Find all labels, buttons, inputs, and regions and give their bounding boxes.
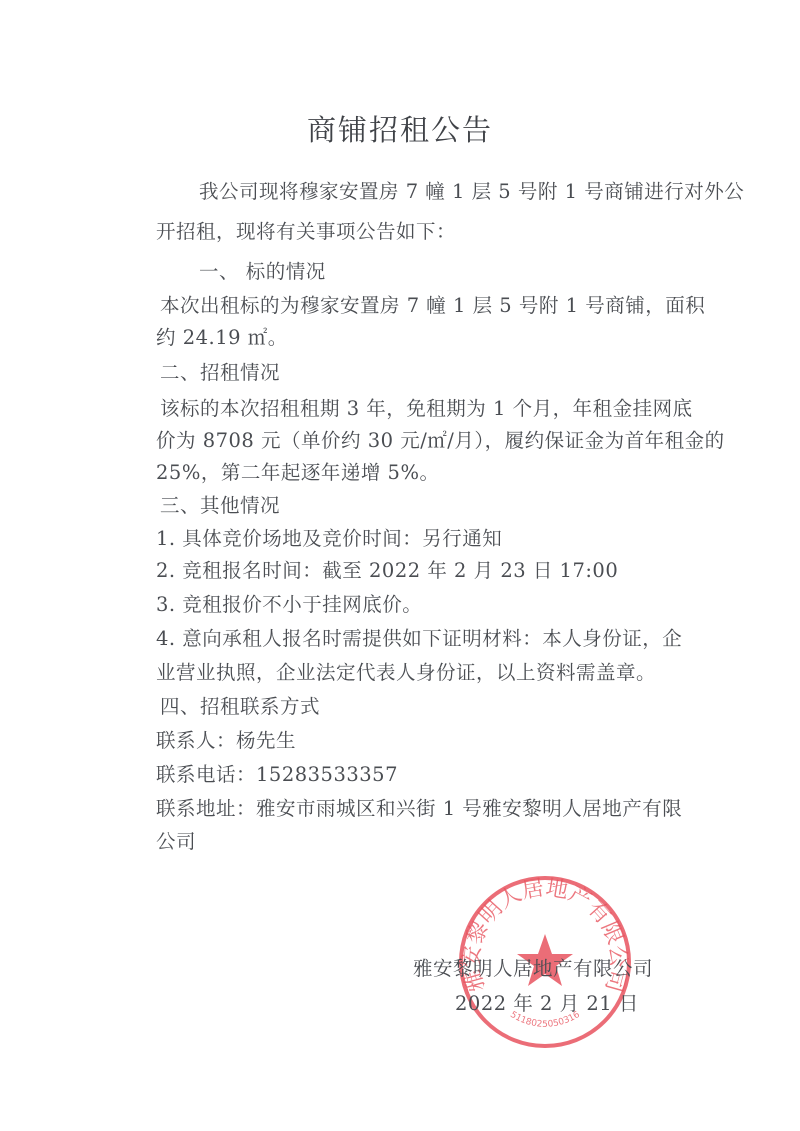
signature-company: 雅安黎明人居地产有限公司 <box>413 953 653 981</box>
section-1-line-2: 约 24.19 ㎡。 <box>156 322 288 350</box>
section-3-item-4-cont: 业营业执照，企业法定代表人身份证，以上资料需盖章。 <box>156 657 656 685</box>
intro-line-1: 我公司现将穆家安置房 7 幢 1 层 5 号附 1 号商铺进行对外公 <box>199 176 744 204</box>
section-1-line-1: 本次出租标的为穆家安置房 7 幢 1 层 5 号附 1 号商铺，面积 <box>160 290 705 318</box>
section-2-heading: 二、招租情况 <box>160 357 280 385</box>
section-3-item-1: 1. 具体竞价场地及竞价时间：另行通知 <box>156 523 502 551</box>
signature-date: 2022 年 2 月 21 日 <box>455 988 639 1016</box>
section-2-line-3: 25%，第二年起逐年递增 5%。 <box>156 457 439 485</box>
page-title: 商铺招租公告 <box>0 108 800 149</box>
section-4-heading: 四、招租联系方式 <box>160 691 320 719</box>
section-3-item-3: 3. 竞租报价不小于挂网底价。 <box>156 589 422 617</box>
section-2-line-1: 该标的本次招租租期 3 年，免租期为 1 个月，年租金挂网底 <box>160 393 693 421</box>
contact-person: 联系人：杨先生 <box>156 725 296 753</box>
contact-phone: 联系电话：15283533357 <box>156 759 398 787</box>
section-1-heading: 一、 标的情况 <box>199 256 326 284</box>
section-3-heading: 三、其他情况 <box>160 490 280 518</box>
document-page: 商铺招租公告 我公司现将穆家安置房 7 幢 1 层 5 号附 1 号商铺进行对外… <box>0 0 800 1131</box>
section-2-line-2: 价为 8708 元（单价约 30 元/㎡/月），履约保证金为首年租金的 <box>156 425 725 453</box>
section-3-item-2: 2. 竞租报名时间：截至 2022 年 2 月 23 日 17:00 <box>156 555 618 583</box>
contact-address-line-2: 公司 <box>156 826 196 854</box>
contact-address-line-1: 联系地址：雅安市雨城区和兴街 1 号雅安黎明人居地产有限 <box>156 793 682 821</box>
intro-line-2: 开招租，现将有关事项公告如下： <box>156 216 456 244</box>
section-3-item-4: 4. 意向承租人报名时需提供如下证明材料：本人身份证，企 <box>156 623 682 651</box>
